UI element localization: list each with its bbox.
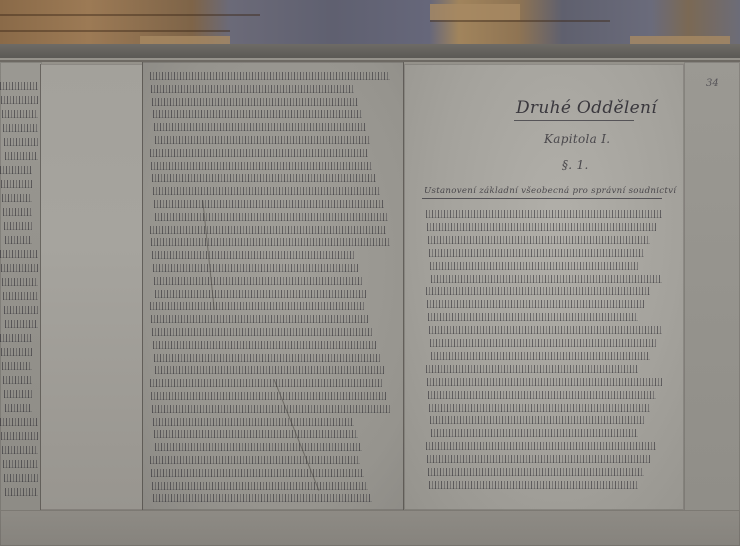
handwriting-line xyxy=(150,72,390,80)
handwriting-line xyxy=(426,210,662,218)
bottom-paper-band xyxy=(0,510,740,546)
weathered-wood-strip xyxy=(0,0,740,58)
manuscript-page-right: Druhé Oddělení Kapitola I. §. 1. Ustanov… xyxy=(404,64,684,510)
handwriting-line xyxy=(426,365,638,373)
paint-chip xyxy=(140,36,230,48)
handwriting-line xyxy=(152,405,390,413)
page-seam xyxy=(403,62,404,510)
handwriting-line xyxy=(430,416,644,424)
handwriting-line xyxy=(4,222,32,230)
handwriting-line xyxy=(429,249,644,257)
handwriting-line xyxy=(151,392,386,400)
handwriting-line xyxy=(428,391,656,399)
wood-grain xyxy=(0,30,230,32)
handwriting-line xyxy=(426,442,656,450)
section-subheading: Ustanovení základní všeobecná pro správn… xyxy=(424,186,676,196)
handwriting-line xyxy=(153,418,354,426)
handwriting-line xyxy=(150,456,360,464)
handwriting-line xyxy=(428,468,644,476)
handwriting-line xyxy=(151,85,354,93)
paint-chip xyxy=(430,4,520,20)
handwriting-line xyxy=(4,474,38,482)
handwriting-line xyxy=(154,354,380,362)
handwriting-line xyxy=(1,432,38,440)
handwriting-line xyxy=(3,208,32,216)
handwriting-line xyxy=(155,290,366,298)
handwriting-line xyxy=(429,404,650,412)
handwriting-line xyxy=(426,287,650,295)
page-heading: Druhé Oddělení xyxy=(516,98,657,118)
handwriting-line xyxy=(1,348,32,356)
handwriting-line xyxy=(153,187,380,195)
handwriting-line xyxy=(0,418,38,426)
handwriting-line xyxy=(154,123,366,131)
handwriting-line xyxy=(151,469,364,477)
handwriting-line xyxy=(427,223,656,231)
handwriting-line xyxy=(155,366,384,374)
manuscript-page-middle xyxy=(142,62,404,510)
wood-grain xyxy=(0,14,260,16)
handwriting-line xyxy=(431,275,662,283)
handwriting-line xyxy=(151,238,390,246)
handwriting-line xyxy=(150,149,368,157)
handwriting-line xyxy=(153,494,372,502)
handwriting-line xyxy=(5,488,38,496)
handwriting-line xyxy=(150,379,382,387)
handwriting-line xyxy=(152,98,358,106)
handwriting-line xyxy=(1,264,38,272)
paint-chip xyxy=(630,36,730,46)
handwriting-line xyxy=(150,302,364,310)
handwriting-line xyxy=(152,174,376,182)
handwriting-line xyxy=(1,180,32,188)
handwriting-line xyxy=(155,136,370,144)
handwriting-line xyxy=(428,313,638,321)
handwriting-line xyxy=(431,429,638,437)
handwriting-line xyxy=(153,264,358,272)
handwriting-line xyxy=(5,320,38,328)
handwriting-line xyxy=(154,200,384,208)
handwriting-line xyxy=(2,362,32,370)
handwriting-line xyxy=(151,162,372,170)
wall-edge: 34 xyxy=(684,62,740,546)
handwriting-line xyxy=(152,482,368,490)
handwriting-line xyxy=(0,166,32,174)
photo-scene: Druhé Oddělení Kapitola I. §. 1. Ustanov… xyxy=(0,0,740,546)
handwriting-line xyxy=(155,443,362,451)
handwriting-line xyxy=(153,110,362,118)
wood-grain xyxy=(430,20,610,22)
manuscript-page-left-partial xyxy=(0,62,42,512)
handwriting-line xyxy=(150,226,386,234)
handwriting-line xyxy=(152,251,354,259)
handwriting-line xyxy=(430,262,638,270)
handwriting-line xyxy=(2,278,38,286)
handwriting-line xyxy=(155,213,388,221)
handwriting-line xyxy=(3,292,38,300)
handwriting-line xyxy=(4,306,38,314)
handwriting-line xyxy=(154,430,358,438)
handwriting-line xyxy=(3,124,38,132)
handwriting-line xyxy=(152,328,372,336)
handwriting-line xyxy=(154,277,362,285)
handwriting-line xyxy=(431,352,650,360)
handwriting-line xyxy=(430,339,656,347)
handwriting-line xyxy=(427,378,662,386)
handwriting-line xyxy=(3,460,38,468)
handwriting-line xyxy=(4,138,38,146)
handwriting-line xyxy=(1,96,38,104)
handwriting-line xyxy=(5,236,32,244)
handwriting-line xyxy=(2,110,38,118)
handwriting-line xyxy=(427,300,644,308)
handwriting-line xyxy=(428,236,650,244)
handwriting-line xyxy=(4,390,32,398)
top-seam xyxy=(0,60,740,62)
handwriting-line xyxy=(3,376,32,384)
page-seam xyxy=(142,62,143,510)
handwriting-line xyxy=(151,315,368,323)
corner-mark: 34 xyxy=(706,78,719,89)
handwriting-line xyxy=(429,481,638,489)
page-seam xyxy=(40,64,41,510)
handwriting-line xyxy=(2,194,32,202)
handwriting-line xyxy=(153,341,376,349)
handwriting-line xyxy=(427,455,650,463)
handwriting-line xyxy=(0,334,32,342)
subheading-underline xyxy=(422,198,662,199)
heading-underline xyxy=(514,120,634,121)
blank-paper-strip xyxy=(40,64,144,510)
section-label: §. 1. xyxy=(562,158,589,172)
handwriting-line xyxy=(5,152,38,160)
handwriting-line xyxy=(429,326,662,334)
chapter-label: Kapitola I. xyxy=(544,132,610,146)
handwriting-line xyxy=(5,404,32,412)
handwriting-line xyxy=(0,250,38,258)
handwriting-line xyxy=(2,446,38,454)
handwriting-line xyxy=(0,82,38,90)
